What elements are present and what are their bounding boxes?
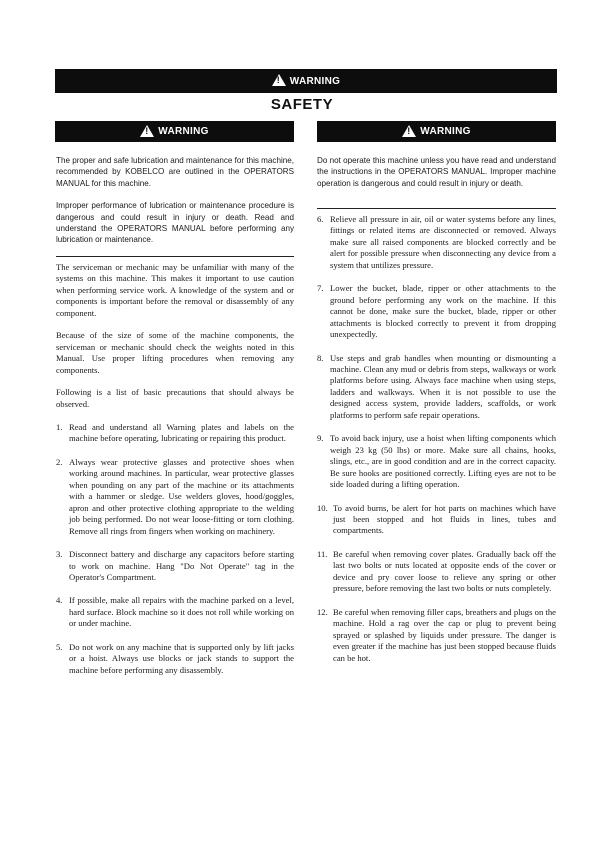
- list-item: 11. Be careful when removing cover plate…: [317, 549, 556, 595]
- item-text: To avoid back injury, use a hoist when l…: [330, 433, 556, 490]
- list-item: 1. Read and understand all Warning plate…: [56, 422, 294, 445]
- item-number: 2.: [56, 457, 69, 537]
- item-number: 10.: [317, 503, 333, 537]
- page-title: SAFETY: [0, 96, 604, 113]
- warning-paragraph: Do not operate this machine unless you h…: [317, 155, 556, 189]
- item-text: Read and understand all Warning plates a…: [69, 422, 294, 445]
- item-number: 5.: [56, 642, 69, 676]
- list-item: 8. Use steps and grab handles when mount…: [317, 353, 556, 422]
- intro-paragraph: Following is a list of basic precautions…: [56, 387, 294, 410]
- top-warning-banner: WARNING: [55, 69, 557, 93]
- top-warning-label: WARNING: [290, 76, 340, 87]
- item-text: Do not work on any machine that is suppo…: [69, 642, 294, 676]
- left-warning-label: WARNING: [158, 126, 208, 137]
- item-text: Relieve all pressure in air, oil or wate…: [330, 214, 556, 271]
- item-number: 1.: [56, 422, 69, 445]
- list-item: 2. Always wear protective glasses and pr…: [56, 457, 294, 537]
- warning-paragraph: Improper performance of lubrication or m…: [56, 200, 294, 246]
- left-warning-text: The proper and safe lubrication and main…: [56, 155, 294, 246]
- list-item: 6. Relieve all pressure in air, oil or w…: [317, 214, 556, 271]
- list-item: 4. If possible, make all repairs with th…: [56, 595, 294, 629]
- item-number: 3.: [56, 549, 69, 583]
- warning-triangle-icon: [272, 74, 286, 86]
- item-number: 4.: [56, 595, 69, 629]
- item-text: Always wear protective glasses and prote…: [69, 457, 294, 537]
- item-number: 6.: [317, 214, 330, 271]
- item-text: Be careful when removing cover plates. G…: [333, 549, 556, 595]
- section-divider: [56, 256, 294, 257]
- left-warning-banner: WARNING: [55, 121, 294, 142]
- item-text: If possible, make all repairs with the m…: [69, 595, 294, 629]
- right-warning-text: Do not operate this machine unless you h…: [317, 155, 556, 189]
- item-text: Disconnect battery and discharge any cap…: [69, 549, 294, 583]
- intro-paragraph: The serviceman or mechanic may be unfami…: [56, 262, 294, 319]
- item-text: Lower the bucket, blade, ripper or other…: [330, 283, 556, 340]
- right-body: 6. Relieve all pressure in air, oil or w…: [317, 214, 556, 664]
- left-body: The serviceman or mechanic may be unfami…: [56, 262, 294, 676]
- list-item: 9. To avoid back injury, use a hoist whe…: [317, 433, 556, 490]
- item-number: 9.: [317, 433, 330, 490]
- warning-triangle-icon: [402, 125, 416, 137]
- list-item: 7. Lower the bucket, blade, ripper or ot…: [317, 283, 556, 340]
- list-item: 3. Disconnect battery and discharge any …: [56, 549, 294, 583]
- list-item: 10. To avoid burns, be alert for hot par…: [317, 503, 556, 537]
- item-text: Be careful when removing filler caps, br…: [333, 607, 556, 664]
- right-warning-banner: WARNING: [317, 121, 556, 142]
- item-text: To avoid burns, be alert for hot parts o…: [333, 503, 556, 537]
- item-number: 7.: [317, 283, 330, 340]
- item-number: 11.: [317, 549, 333, 595]
- intro-paragraph: Because of the size of some of the machi…: [56, 330, 294, 376]
- list-item: 12. Be careful when removing filler caps…: [317, 607, 556, 664]
- section-divider: [317, 208, 556, 209]
- item-number: 8.: [317, 353, 330, 422]
- warning-triangle-icon: [140, 125, 154, 137]
- item-number: 12.: [317, 607, 333, 664]
- right-warning-label: WARNING: [420, 126, 470, 137]
- list-item: 5. Do not work on any machine that is su…: [56, 642, 294, 676]
- item-text: Use steps and grab handles when mounting…: [330, 353, 556, 422]
- warning-paragraph: The proper and safe lubrication and main…: [56, 155, 294, 189]
